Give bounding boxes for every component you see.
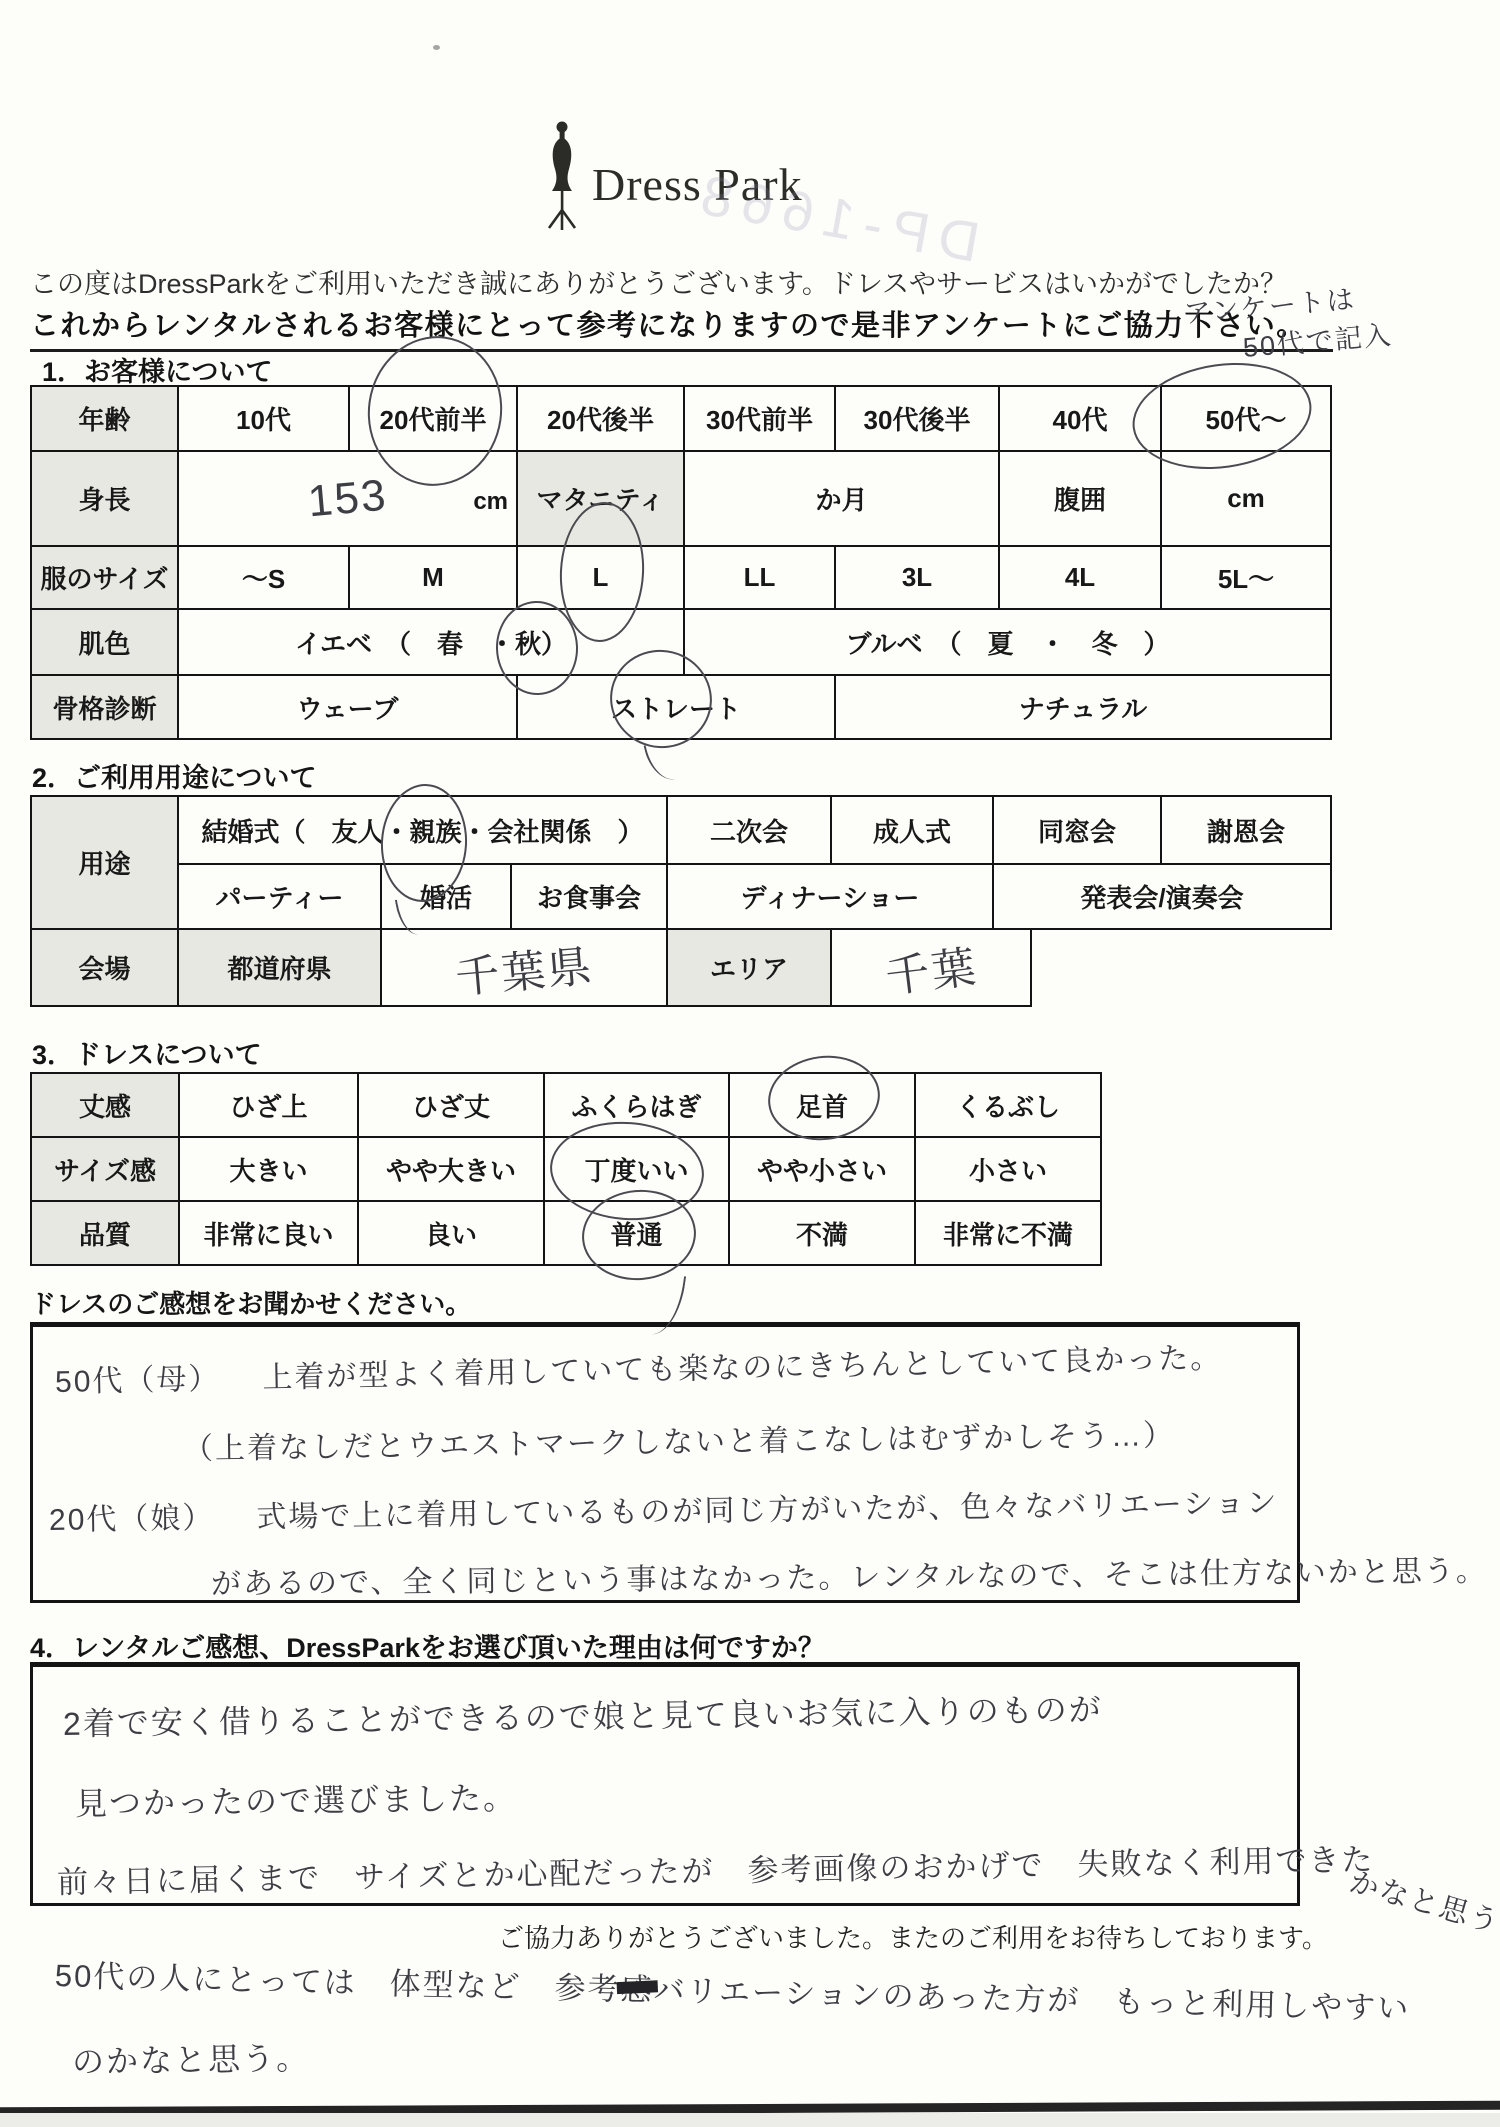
- wedding-post: ・会社関係 ）: [462, 817, 644, 847]
- dress-feedback-prompt: ドレスのご感想をお聞かせください。: [30, 1284, 471, 1321]
- dress-feedback-box: 50代（母）上着が型よく着用していても楽なのにきちんとしていて良かった。 （上着…: [30, 1322, 1300, 1603]
- height-unit: cm: [473, 488, 508, 516]
- maternity-months-cell: か月: [684, 451, 999, 546]
- size-option-3l: 3L: [835, 546, 999, 609]
- prefecture-label: 都道府県: [178, 929, 381, 1006]
- bottom-note-pre: 50代の人にとっては 体型など 参考: [54, 1958, 621, 2007]
- purpose-option-coming-of-age: 成人式: [831, 796, 993, 864]
- feedback-entry1-line2: （上着なしだとウエストマークしないと着こなしはむずかしそう…）: [183, 1410, 1176, 1468]
- intro-line-1: この度はDressParkをご利用いただき誠にありがとうございます。ドレスやサー…: [30, 262, 1287, 301]
- rental-feedback-line3: 前々日に届くまで サイズとか心配だったが 参考画像のおかげで 失敗なく利用できた: [57, 1832, 1478, 1902]
- feedback-entry2-label: 20代（娘）: [49, 1502, 215, 1537]
- size-option-ll: LL: [684, 546, 835, 609]
- feedback-entry1-label: 50代（母）: [55, 1363, 221, 1399]
- section2-title: 2．ご利用用途について: [32, 756, 316, 795]
- bottom-note-line2: のかなと思う。: [72, 2033, 311, 2083]
- intro-line-2: これからレンタルされるお客様にとって参考になりますので是非アンケートにご協力下さ…: [30, 303, 1333, 352]
- area-value-cell: 千葉: [831, 929, 1031, 1006]
- fit-option-large: 大きい: [179, 1137, 358, 1201]
- size-label: 服のサイズ: [31, 546, 178, 609]
- margin-note: アンケートは 50代で記入: [1182, 274, 1394, 370]
- quality-option-unsatisfied: 不満: [729, 1201, 915, 1265]
- purpose-option-dinner-show: ディナーショー: [667, 864, 993, 929]
- size-option-4l: 4L: [999, 546, 1161, 609]
- age-option-30s-early: 30代前半: [684, 386, 835, 451]
- length-label: 丈感: [31, 1073, 179, 1137]
- footer-thanks: ご協力ありがとうございました。またのご利用をお待ちしております。: [498, 1918, 1328, 1955]
- venue-table: 会場 都道府県 千葉県 エリア 千葉: [30, 928, 1032, 1007]
- scanned-questionnaire-page: Dress Park DP-1668 この度はDressParkをご利用いただき…: [0, 0, 1500, 2127]
- prefecture-handwritten: 千葉県: [452, 930, 595, 1006]
- frame-option-wave: ウェーブ: [178, 675, 517, 739]
- height-label: 身長: [31, 451, 178, 546]
- quality-option-very-good: 非常に良い: [179, 1201, 358, 1265]
- quality-label: 品質: [31, 1201, 179, 1265]
- feedback-entry1-line1: 50代（母）上着が型よく着用していても楽なのにきちんとしていて良かった。: [55, 1333, 1223, 1401]
- rental-feedback-box: 2着で安く借りることができるので娘と見て良いお気に入りのものが 見つかったので選…: [30, 1662, 1300, 1906]
- wedding-pre: 結婚式（ 友人・: [201, 817, 409, 847]
- fit-label: サイズ感: [31, 1137, 179, 1201]
- section3-title: 3．ドレスについて: [32, 1033, 262, 1072]
- venue-label: 会場: [31, 929, 178, 1006]
- area-label: エリア: [667, 929, 831, 1006]
- quality-option-very-unsatisfied: 非常に不満: [915, 1201, 1101, 1265]
- feedback-entry1-text1: 上着が型よく着用していても楽なのにきちんとしていて良かった。: [262, 1342, 1222, 1395]
- frame-label: 骨格診断: [31, 675, 178, 739]
- purpose-option-recital: 発表会/演奏会: [993, 864, 1331, 929]
- length-option-anklebone: くるぶし: [915, 1073, 1101, 1137]
- prefecture-value-cell: 千葉県: [381, 929, 667, 1006]
- area-handwritten: 千葉: [881, 930, 980, 1005]
- pencil-ghost-note: DP-1668: [687, 160, 985, 275]
- scan-speck: [433, 45, 440, 50]
- age-label: 年齢: [31, 386, 178, 451]
- frame-option-natural: ナチュラル: [835, 675, 1331, 739]
- bottom-note-line1: 50代の人にとっては 体型など 参考感バリエーションのあった方が もっと利用しや…: [54, 1950, 1495, 2030]
- length-option-knee: ひざ丈: [358, 1073, 544, 1137]
- scan-edge-margin: [0, 2113, 1500, 2127]
- size-option-5l: 5L〜: [1161, 546, 1331, 609]
- height-value-handwritten: 153: [306, 470, 389, 527]
- usage-table: 用途 結婚式（ 友人・親族・会社関係 ） 二次会 成人式 同窓会 謝恩会 パーテ…: [30, 795, 1332, 930]
- purpose-label: 用途: [31, 796, 178, 929]
- age-option-30s-late: 30代後半: [835, 386, 999, 451]
- rental-feedback-line1: 2着で安く借りることができるので娘と見て良いお気に入りのものが: [63, 1684, 1103, 1745]
- age-option-20s-late: 20代後半: [517, 386, 684, 451]
- purpose-option-afterparty: 二次会: [667, 796, 831, 864]
- section1-title: 1．お客様について: [42, 350, 272, 389]
- feedback-entry2-line1: 20代（娘）式場で上に着用しているものが同じ方がいたが、色々なバリエーション: [49, 1475, 1500, 1539]
- length-option-above-knee: ひざ上: [179, 1073, 358, 1137]
- dress-form-icon: [542, 120, 582, 237]
- age-option-10s: 10代: [178, 386, 349, 451]
- skin-cool-cell: ブルベ （ 夏 ・ 冬 ）: [684, 609, 1331, 675]
- rental-feedback-line2: 見つかったので選びました。: [75, 1773, 518, 1825]
- fit-option-slightly-small: やや小さい: [729, 1137, 915, 1201]
- fit-option-slightly-large: やや大きい: [358, 1137, 544, 1201]
- purpose-option-thanks-party: 謝恩会: [1161, 796, 1331, 864]
- quality-option-good: 良い: [358, 1201, 544, 1265]
- purpose-option-reunion: 同窓会: [993, 796, 1161, 864]
- skin-warm-pre: イエベ （ 春 ・: [295, 629, 515, 659]
- feedback-entry2-line2: があるので、全く同じという事はなかった。レンタルなので、そこは仕方ないかと思う。: [211, 1544, 1500, 1603]
- bottom-note-post: バリエーションのあった方が もっと利用しやすい: [653, 1973, 1410, 2026]
- section4-title: 4．レンタルご感想、DressParkをお選び頂いた理由は何ですか？: [30, 1626, 825, 1665]
- feedback-entry2-text1: 式場で上に着用しているものが同じ方がいたが、色々なバリエーション: [256, 1487, 1279, 1534]
- purpose-option-dinner: お食事会: [511, 864, 667, 929]
- size-option-m: M: [349, 546, 517, 609]
- purpose-option-party: パーティー: [178, 864, 381, 929]
- fit-option-small: 小さい: [915, 1137, 1101, 1201]
- bottom-note-struck: 感: [620, 1964, 654, 2010]
- size-option-s: 〜S: [178, 546, 349, 609]
- waist-label: 腹囲: [999, 451, 1161, 546]
- skin-label: 肌色: [31, 609, 178, 675]
